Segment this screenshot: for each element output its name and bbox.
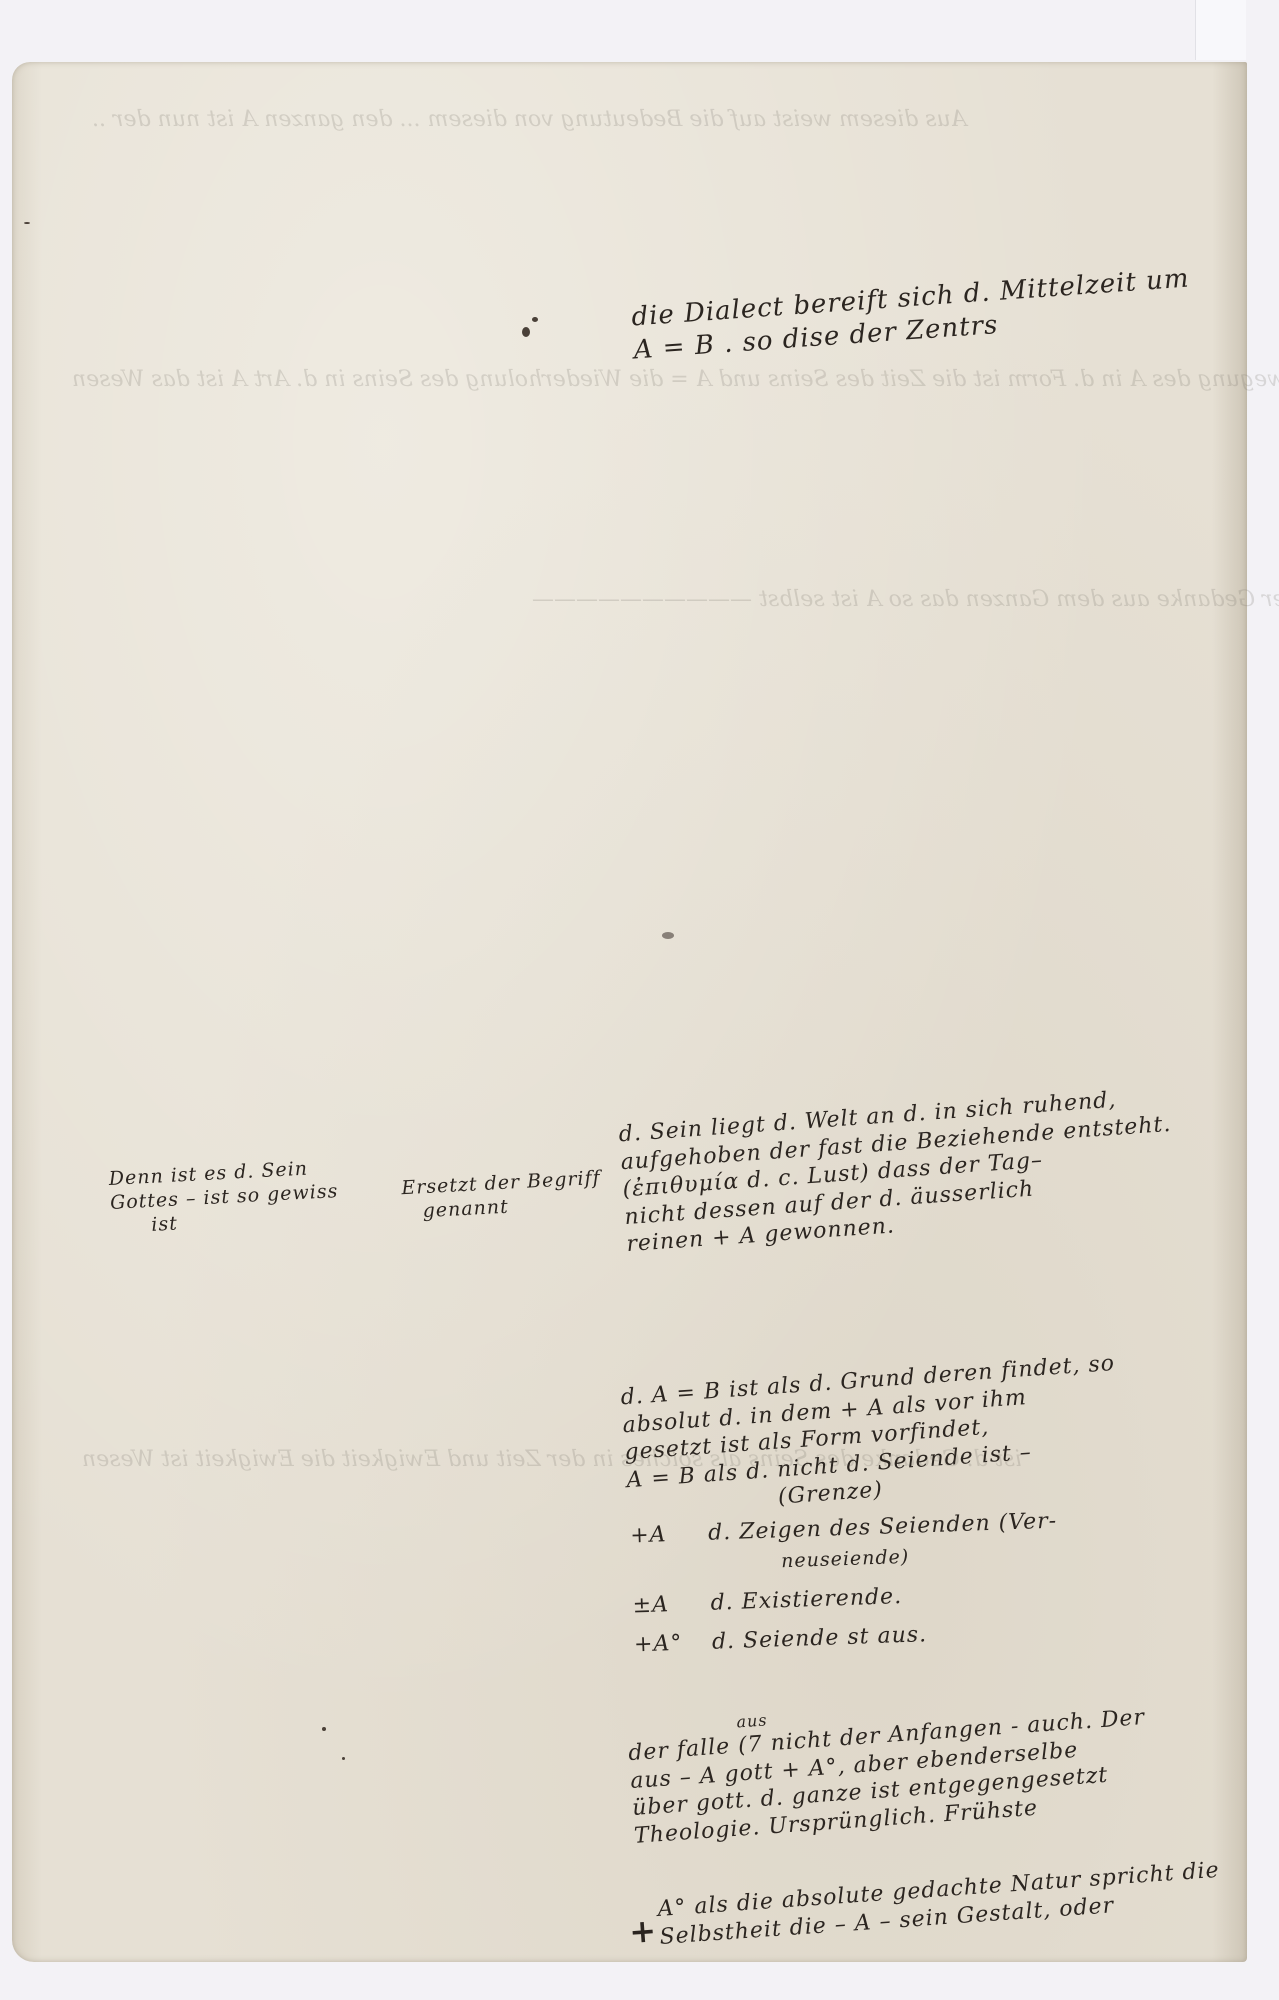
ink-speck (322, 1727, 326, 1731)
ink-speck (342, 1757, 345, 1760)
ink-speck (24, 222, 30, 224)
bleed-through-text: Aus diesem weist auf die Bedeutung von d… (92, 102, 967, 137)
paragraph-2: d. A = B ist als d. Grund deren findet, … (620, 1350, 1124, 1522)
bleed-through-text: Bewegung des A in d. Form ist die Zeit d… (72, 362, 1279, 397)
formula-text: d. Seiende st aus. (712, 1622, 928, 1654)
paragraph-1: d. Sein liegt d. Welt an d. in sich ruhe… (618, 1083, 1178, 1259)
ink-speck (662, 932, 674, 939)
formula-symbol: +A° (633, 1625, 704, 1660)
formula-symbol: +A (630, 1517, 701, 1552)
left-margin-note: Denn ist es d. Sein Gottes – ist so gewi… (108, 1156, 340, 1239)
formula-symbol: ±A (632, 1587, 703, 1622)
scan-background-flap (1195, 0, 1246, 60)
formula-list: +A d. Zeigen des Seienden (Ver- neuseien… (630, 1505, 1062, 1661)
paragraph-3: aus der falle (7 nicht der Anfangen - au… (626, 1684, 1152, 1850)
top-note: die Dialect bereift sich d. Mittelzeit u… (630, 263, 1192, 367)
middle-margin-note: Ersetzt der Begriff genannt (401, 1167, 603, 1225)
paragraph-marker: + (628, 1910, 659, 1952)
formula-item: +A° d. Seiende st aus. (633, 1613, 1061, 1661)
bleed-through-text: ein fremder Gedanke aus dem Ganzen das s… (532, 582, 1279, 617)
formula-text: d. Existierende. (710, 1584, 902, 1616)
ink-speck (532, 317, 538, 322)
manuscript-sheet: Aus diesem weist auf die Bedeutung von d… (12, 62, 1247, 1962)
ink-speck (522, 327, 530, 337)
paragraph-4: + A° als die absolute gedachte Natur spr… (639, 1857, 1223, 1952)
